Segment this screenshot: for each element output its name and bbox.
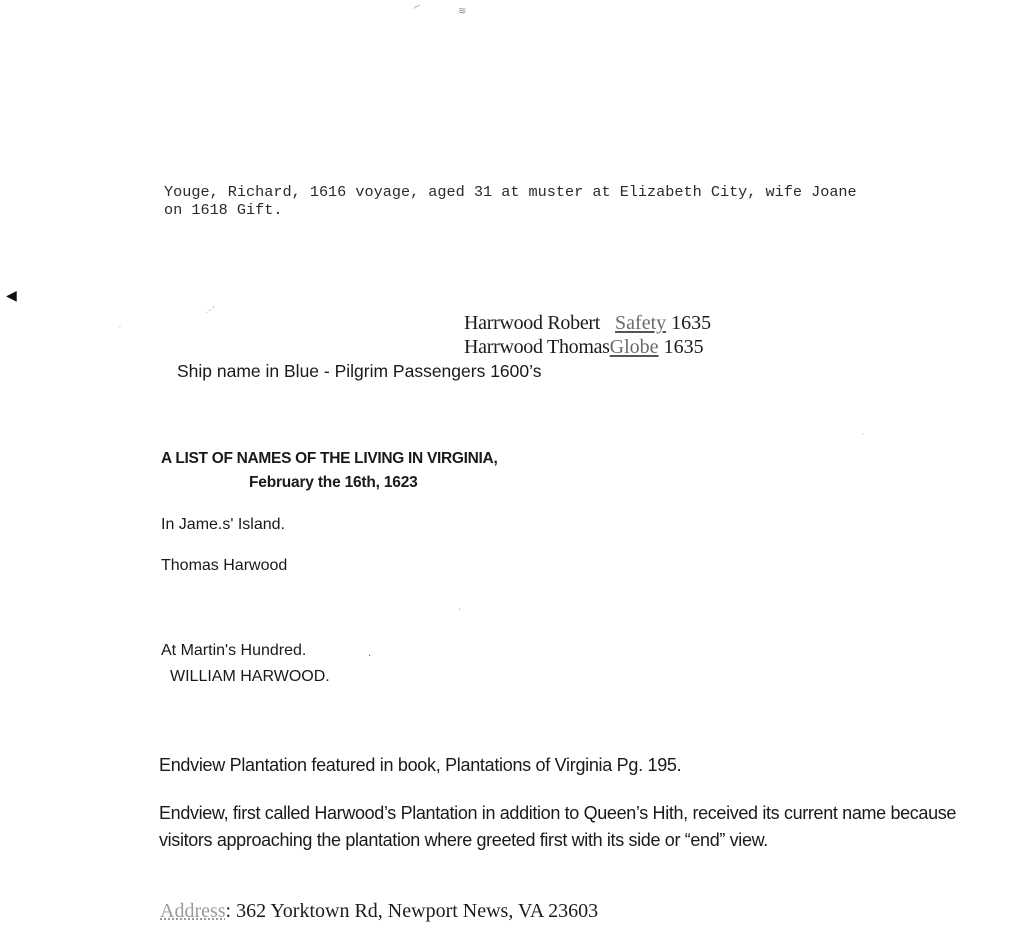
list-heading-date: February the 16th, 1623 [249,474,418,492]
ship-name: Safety [615,312,666,334]
passenger-name: Harrwood Thomas [464,336,610,358]
scan-speck: ′ [862,432,864,443]
ship-name: Globe [610,336,659,358]
passenger-name: Harrwood Robert [464,312,600,334]
scan-speck: ≋ [458,6,466,17]
endview-book-reference: Endview Plantation featured in book, Pla… [159,755,681,776]
scan-speck: - [118,322,121,332]
passenger-year: 1635 [664,336,704,358]
youge-entry: Youge, Richard, 1616 voyage, aged 31 at … [164,183,857,219]
passenger-row: Harrwood ThomasGlobe 1635 [464,335,711,359]
address-value: 362 Yorktown Rd, Newport News, VA 23603 [236,900,598,922]
scan-speck: ~ [409,0,423,14]
scan-speck: .-ʼ [205,305,215,316]
youge-entry-line-2: on 1618 Gift. [164,201,857,219]
address-line: Address: 362 Yorktown Rd, Newport News, … [160,900,598,923]
ship-color-note: Ship name in Blue - Pilgrim Passengers 1… [177,361,541,382]
scan-speck: . [368,648,371,659]
passenger-row: Harrwood Robert Safety 1635 [464,311,711,335]
endview-description: Endview, first called Harwood’s Plantati… [159,800,1009,854]
passenger-list: Harrwood Robert Safety 1635 Harrwood Tho… [464,311,711,359]
list-heading: A LIST OF NAMES OF THE LIVING IN VIRGINI… [161,450,497,468]
passenger-year: 1635 [671,312,711,334]
scan-speck: ʼ [458,608,461,618]
location-label: In Jame.s' Island. [161,516,285,534]
person-name: Thomas Harwood [161,557,287,575]
person-name: WILLIAM HARWOOD. [170,668,330,686]
youge-entry-line-1: Youge, Richard, 1616 voyage, aged 31 at … [164,183,857,201]
address-separator: : [226,900,237,922]
left-margin-marker-icon: ◀ [6,288,17,304]
address-label: Address [160,900,226,922]
location-label: At Martin's Hundred. [161,642,306,660]
